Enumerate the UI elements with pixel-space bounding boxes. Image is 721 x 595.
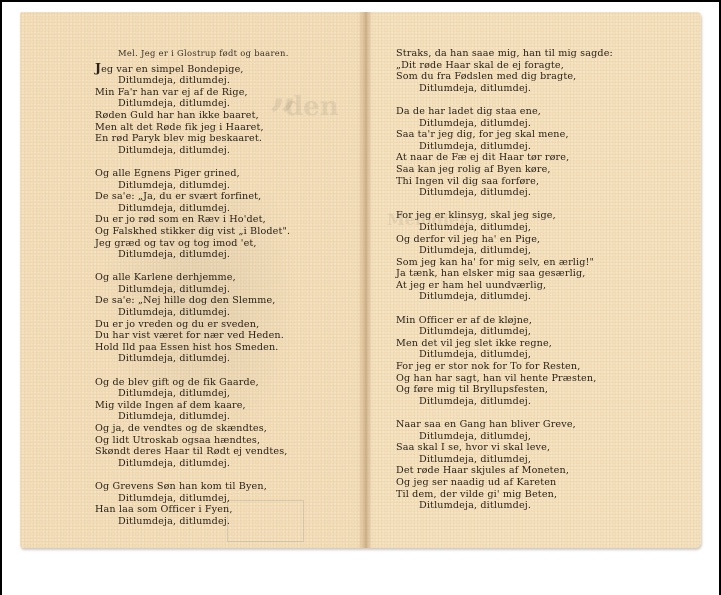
verse-line: Og de blev gift og de fik Gaarde, [95,377,330,389]
verse-line: For jeg er klinsyg, skal jeg sige, [396,210,646,222]
verse-line: Men det vil jeg slet ikke regne, [396,338,646,350]
refrain-line: Ditlumdeja, ditlumdej. [396,141,646,153]
refrain-line: Ditlumdeja, ditlumdej, [95,493,330,505]
verse-line: Og lidt Utroskab ogsaa hændtes, [95,435,330,447]
refrain-line: Ditlumdeja, ditlumdej, [396,245,646,257]
verse-line: Jeg var en simpel Bondepige, [95,62,330,76]
verse-line: Naar saa en Gang han bliver Greve, [396,419,646,431]
verse-line: Skøndt deres Haar til Rødt ej vendtes, [95,446,330,458]
refrain-line: Ditlumdeja, ditlumdej. [95,458,330,470]
refrain-line: Ditlumdeja, ditlumdej, [396,431,646,443]
verse-line: En rød Paryk blev mig beskaaret. [95,133,330,145]
verse-line: Han laa som Officer i Fyen, [95,504,330,516]
verse-line: Men alt det Røde fik jeg i Haaret, [95,122,330,134]
refrain-line: Ditlumdeja, ditlumdej. [95,353,330,365]
verse-line: Saa skal I se, hvor vi skal leve, [396,442,646,454]
verse-line: At naar de Fæ ej dit Haar tør røre, [396,152,646,164]
verse-line: Røden Guld har han ikke baaret, [95,110,330,122]
refrain-line: Ditlumdeja, ditlumdej. [95,203,330,215]
verse-line: Og jeg ser naadig ud af Kareten [396,477,646,489]
stanza: Og alle Egnens Piger grined,Ditlumdeja, … [95,168,330,261]
verse-line: Og Falskhed stikker dig vist „i Blodet". [95,226,330,238]
verse-line: Til dem, der vilde gi' mig Beten, [396,489,646,501]
verse-line: Du har vist været for nær ved Heden. [95,330,330,342]
right-page-text: Straks, da han saae mig, han til mig sag… [396,48,646,523]
refrain-line: Ditlumdeja, ditlumdej. [95,98,330,110]
page-fold [358,12,372,548]
verse-line: Og derfor vil jeg ha' en Pige, [396,234,646,246]
verse-line: Thi Ingen vil dig saa forføre, [396,176,646,188]
stanza: Og Grevens Søn han kom til Byen,Ditlumde… [95,481,330,527]
stanza: For jeg er klinsyg, skal jeg sige,Ditlum… [396,210,646,303]
drop-cap: J [95,60,101,75]
verse-line: Min Officer er af de kløjne, [396,315,646,327]
left-stanzas: Jeg var en simpel Bondepige,Ditlumdeja, … [95,62,330,528]
verse-line: Saa ta'r jeg dig, for jeg skal mene, [396,129,646,141]
verse-line: Og alle Egnens Piger grined, [95,168,330,180]
verse-line: Og han har sagt, han vil hente Præsten, [396,373,646,385]
refrain-line: Ditlumdeja, ditlumdej. [95,516,330,528]
verse-line: De sa'e: „Nej hille dog den Slemme, [95,295,330,307]
refrain-line: Ditlumdeja, ditlumdej. [396,396,646,408]
verse-line: Og Grevens Søn han kom til Byen, [95,481,330,493]
melody-note: Mel. Jeg er i Glostrup født og baaren. [95,48,330,60]
right-stanzas: Straks, da han saae mig, han til mig sag… [396,48,646,512]
verse-line: Mig vilde Ingen af dem kaare, [95,400,330,412]
stanza: Min Officer er af de kløjne,Ditlumdeja, … [396,315,646,408]
refrain-line: Ditlumdeja, ditlumdej. [396,118,646,130]
stanza: Jeg var en simpel Bondepige,Ditlumdeja, … [95,62,330,157]
stanza: Naar saa en Gang han bliver Greve,Ditlum… [396,419,646,512]
refrain-line: Ditlumdeja, ditlumdej. [396,83,646,95]
refrain-line: Ditlumdeja, ditlumdej. [95,307,330,319]
verse-line: Og føre mig til Bryllupsfesten, [396,384,646,396]
refrain-line: Ditlumdeja, ditlumdej. [95,249,330,261]
verse-line: At jeg er ham hel uundværlig, [396,280,646,292]
refrain-line: Ditlumdeja, ditlumdej, [396,454,646,466]
refrain-line: Ditlumdeja, ditlumdej, [396,349,646,361]
refrain-line: Ditlumdeja, ditlumdej, [396,326,646,338]
verse-line: Straks, da han saae mig, han til mig sag… [396,48,646,60]
stanza: Da de har ladet dig staa ene,Ditlumdeja,… [396,106,646,199]
verse-line: Jeg græd og tav og tog imod 'et, [95,238,330,250]
verse-line: Saa kan jeg rolig af Byen køre, [396,164,646,176]
verse-line: De sa'e: „Ja, du er svært forfinet, [95,191,330,203]
refrain-line: Ditlumdeja, ditlumdej. [95,180,330,192]
verse-line: Ja tænk, han elsker mig saa gesærlig, [396,268,646,280]
left-page-text: Mel. Jeg er i Glostrup født og baaren. J… [95,48,330,539]
verse-line: Og ja, de vendtes og de skændtes, [95,423,330,435]
refrain-line: Ditlumdeja, ditlumdej. [95,284,330,296]
verse-line: For jeg er stor nok for To for Resten, [396,361,646,373]
refrain-line: Ditlumdeja, ditlumdej. [396,291,646,303]
stanza: Og alle Karlene derhjemme,Ditlumdeja, di… [95,272,330,365]
refrain-line: Ditlumdeja, ditlumdej. [95,75,330,87]
verse-line: Min Fa'r han var ej af de Rige, [95,87,330,99]
stanza: Og de blev gift og de fik Gaarde,Ditlumd… [95,377,330,470]
verse-line: Som jeg kan ha' for mig selv, en ærlig!" [396,257,646,269]
verse-line: Du er jo rød som en Ræv i Ho'det, [95,214,330,226]
refrain-line: Ditlumdeja, ditlumdej. [95,411,330,423]
verse-line: Da de har ladet dig staa ene, [396,106,646,118]
verse-line: Og alle Karlene derhjemme, [95,272,330,284]
refrain-line: Ditlumdeja, ditlumdej. [95,145,330,157]
stanza: Straks, da han saae mig, han til mig sag… [396,48,646,94]
refrain-line: Ditlumdeja, ditlumdej, [396,222,646,234]
refrain-line: Ditlumdeja, ditlumdej. [396,187,646,199]
verse-line: Du er jo vreden og du er sveden, [95,319,330,331]
refrain-line: Ditlumdeja, ditlumdej. [396,500,646,512]
verse-line: „Dit røde Haar skal de ej foragte, [396,60,646,72]
verse-line: Som du fra Fødslen med dig bragte, [396,71,646,83]
verse-line: Det røde Haar skjules af Moneten, [396,465,646,477]
scan-frame-left [0,0,2,595]
refrain-line: Ditlumdeja, ditlumdej, [95,388,330,400]
verse-line: Hold Ild paa Essen hist hos Smeden. [95,342,330,354]
scan-frame-top [0,0,721,2]
